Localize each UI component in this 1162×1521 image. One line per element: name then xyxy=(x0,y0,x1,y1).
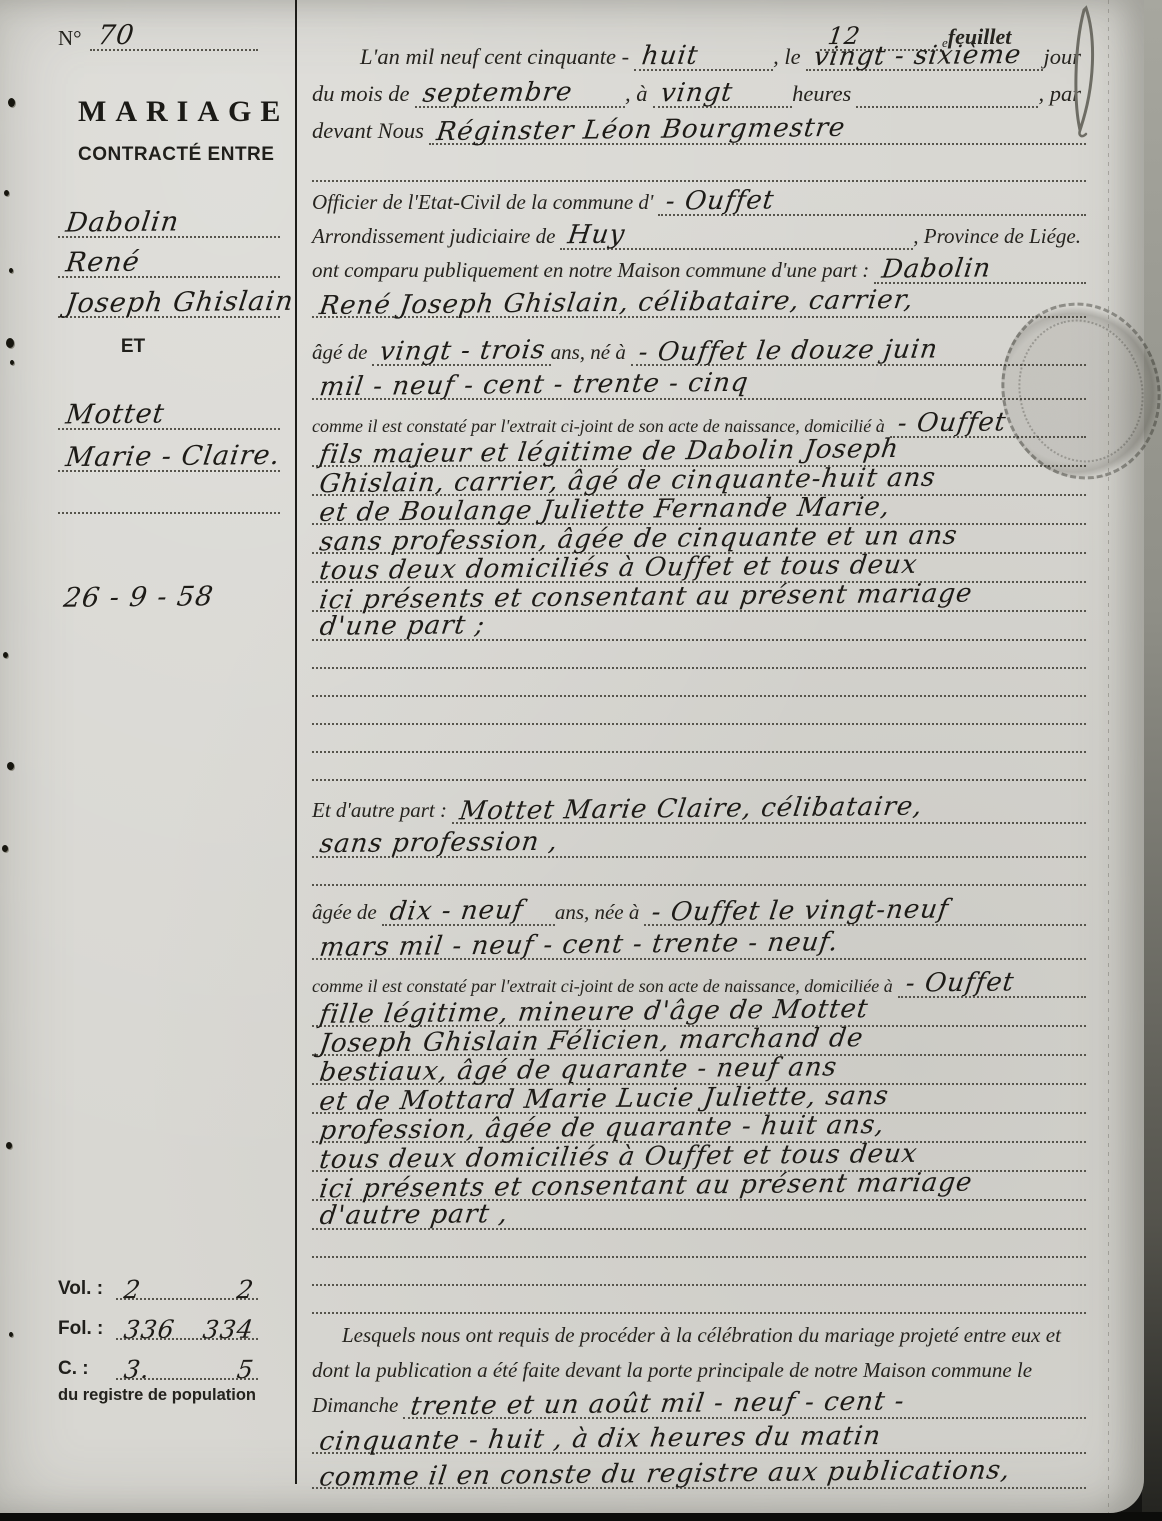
dotted-fill xyxy=(312,1256,1086,1258)
dotted-fill: Dabolin xyxy=(874,260,1086,284)
act-line-bride-parents: d'autre part , xyxy=(312,1201,1086,1230)
act-line-empty xyxy=(312,669,1086,697)
act-line-empty xyxy=(312,697,1086,725)
act-line-bride-parents: Joseph Ghislain Félicien, marchand de xyxy=(312,1027,1086,1056)
handwritten-text: - Ouffet xyxy=(665,191,776,210)
dotted-fill: fille légitime, mineure d'âge de Mottet xyxy=(312,1003,1086,1027)
dotted-fill: Mottet xyxy=(58,407,280,430)
conjunction-et: ET xyxy=(58,336,208,358)
binding-speck xyxy=(4,190,9,196)
act-line-requisition: Lesquels nous ont requis de procéder à l… xyxy=(312,1314,1086,1349)
printed-text: Dimanche xyxy=(312,1393,403,1419)
dotted-fill: sans profession, âgée de cinquante et un… xyxy=(312,530,1086,554)
binding-speck xyxy=(6,338,14,348)
folio-row: Fol. : 336 334 xyxy=(58,1302,258,1340)
act-line-groom-names: René Joseph Ghislain, célibataire, carri… xyxy=(312,284,1086,318)
dotted-fill: profession, âgée de quarante - huit ans, xyxy=(312,1119,1086,1143)
groom-middle-names: Joseph Ghislain xyxy=(65,294,295,312)
volume-value-1: 2 xyxy=(123,1282,142,1298)
dotted-fill: comme il en conste du registre aux publi… xyxy=(312,1465,1086,1489)
folio-value-2: 334 xyxy=(202,1322,255,1339)
dotted-fill: Marie - Claire. xyxy=(58,449,280,472)
act-line-bride-domicile: comme il est constaté par l'extrait ci-j… xyxy=(312,966,1086,998)
act-subtitle: CONTRACTÉ ENTRE xyxy=(78,144,300,166)
act-line-bride-age: âgée de dix - neuf ans, née à - Ouffet l… xyxy=(312,892,1086,926)
printed-text: Arrondissement judiciaire de xyxy=(312,224,560,250)
groom-firstname: René xyxy=(65,255,141,272)
bride-name-line: Mottet xyxy=(58,390,280,430)
handwritten-text: fille légitime, mineure d'âge de Mottet xyxy=(318,1000,869,1024)
dotted-fill: Joseph Ghislain Félicien, marchand de xyxy=(312,1032,1086,1056)
dotted-fill: vingt - trois xyxy=(372,342,550,366)
printed-text: âgée de xyxy=(312,900,382,926)
margin-column: N° 70 MARIAGE CONTRACTÉ ENTRE Dabolin Re… xyxy=(58,0,280,1500)
dotted-fill xyxy=(312,884,1086,886)
handwritten-text: René Joseph Ghislain, célibataire, carri… xyxy=(318,291,914,315)
dotted-fill: septembre xyxy=(415,84,626,108)
binding-speck xyxy=(9,268,13,273)
handwritten-text: ici présents et consentant au présent ma… xyxy=(318,585,973,610)
dotted-fill: vingt xyxy=(653,84,793,108)
binding-speck xyxy=(7,762,14,770)
bride-firstnames: Marie - Claire. xyxy=(65,448,281,466)
scan-edge-right xyxy=(1142,0,1162,1521)
dotted-fill xyxy=(312,751,1086,753)
handwritten-text: Réginster Léon Bourgmestre xyxy=(435,119,846,141)
act-line-officer-name: devant Nous Réginster Léon Bourgmestre xyxy=(312,108,1086,145)
dotted-fill: Mottet Marie Claire, célibataire, xyxy=(452,800,1086,824)
act-line-publication-date: Dimanche trente et un août mil - neuf - … xyxy=(312,1384,1086,1419)
handwritten-text: et de Boulange Juliette Fernande Marie, xyxy=(318,498,891,522)
act-body: L'an mil neuf cent cinquante - huit , le… xyxy=(312,34,1086,1489)
dotted-fill: Huy xyxy=(560,226,913,250)
binding-speck xyxy=(9,1332,13,1337)
act-line-commune: Officier de l'Etat-Civil de la commune d… xyxy=(312,182,1086,216)
groom-name-line: René xyxy=(58,238,280,278)
dotted-fill: Dabolin xyxy=(58,215,280,238)
volume-row: Vol. : 2 2 xyxy=(58,1262,258,1300)
act-line-empty xyxy=(312,725,1086,753)
dotted-fill: trente et un août mil - neuf - cent - xyxy=(403,1395,1086,1419)
printed-text: dont la publication a été faite devant l… xyxy=(312,1358,1037,1384)
act-line-bride-parents: ici présents et consentant au présent ma… xyxy=(312,1172,1086,1201)
paper-sheet: N° 70 MARIAGE CONTRACTÉ ENTRE Dabolin Re… xyxy=(0,0,1144,1513)
binding-speck xyxy=(3,652,8,658)
volume-label: Vol. : xyxy=(58,1278,116,1300)
act-line-year: L'an mil neuf cent cinquante - huit , le… xyxy=(312,34,1086,71)
handwritten-text: vingt xyxy=(659,84,733,103)
dotted-fill: 336 334 xyxy=(116,1322,258,1340)
printed-text: âgé de xyxy=(312,340,372,366)
act-line-groom-parents: d'une part ; xyxy=(312,612,1086,641)
dotted-fill: d'autre part , xyxy=(312,1206,1086,1230)
handwritten-text: tous deux domiciliés à Ouffet et tous de… xyxy=(318,1145,918,1169)
act-line-groom-parents: fils majeur et légitime de Dabolin Josep… xyxy=(312,438,1086,467)
handwritten-text: d'autre part , xyxy=(319,1205,510,1225)
handwritten-text: d'une part ; xyxy=(319,616,487,636)
dotted-fill xyxy=(312,779,1086,781)
register-note: du registre de population xyxy=(58,1386,280,1405)
dotted-fill: Réginster Léon Bourgmestre xyxy=(429,121,1086,145)
act-number-label: N° xyxy=(58,26,90,51)
handwritten-text: vingt - sixième xyxy=(812,46,1022,66)
printed-text: ont comparu publiquement en notre Maison… xyxy=(312,258,874,284)
printed-text: Et d'autre part : xyxy=(312,798,452,824)
dotted-fill: 2 2 xyxy=(116,1282,258,1300)
dotted-fill: et de Mottard Marie Lucie Juliette, sans xyxy=(312,1090,1086,1114)
handwritten-text: - Ouffet xyxy=(904,973,1015,992)
dotted-fill: vingt - sixième xyxy=(806,47,1044,71)
c-row: C. : 3. 5 xyxy=(58,1342,258,1380)
pen-stroke-mark xyxy=(1062,4,1106,140)
handwritten-text: fils majeur et légitime de Dabolin Josep… xyxy=(318,440,900,464)
volume-value-2: 2 xyxy=(236,1282,255,1298)
handwritten-text: - Ouffet xyxy=(896,413,1007,432)
printed-text: ans, né à xyxy=(551,340,631,366)
act-line-bride-profession: sans profession , xyxy=(312,824,1086,858)
groom-name-line: Dabolin xyxy=(58,198,280,238)
dotted-fill: ici présents et consentant au présent ma… xyxy=(312,588,1086,612)
act-line-groom-age: âgé de vingt - trois ans, né à - Ouffet … xyxy=(312,332,1086,366)
printed-text: Officier de l'Etat-Civil de la commune d… xyxy=(312,190,658,216)
act-line-registre-publications: comme il en conste du registre aux publi… xyxy=(312,1454,1086,1489)
handwritten-text: dix - neuf xyxy=(388,901,524,920)
dotted-fill: sans profession , xyxy=(312,834,1086,858)
dotted-fill xyxy=(58,512,280,514)
dotted-fill: bestiaux, âgé de quarante - neuf ans xyxy=(312,1061,1086,1085)
dotted-fill: - Ouffet xyxy=(658,192,1086,216)
handwritten-text: Huy xyxy=(567,226,627,245)
handwritten-text: profession, âgée de quarante - huit ans, xyxy=(318,1116,885,1140)
dotted-fill xyxy=(312,180,1086,182)
printed-text: , le xyxy=(773,44,806,71)
act-line-bride-parents: bestiaux, âgé de quarante - neuf ans xyxy=(312,1056,1086,1085)
c-label: C. : xyxy=(58,1358,116,1380)
dotted-fill: ici présents et consentant au présent ma… xyxy=(312,1177,1086,1201)
handwritten-text: tous deux domiciliés à Ouffet et tous de… xyxy=(318,556,918,580)
handwritten-text: cinquante - huit , à dix heures du matin xyxy=(318,1427,882,1451)
dotted-fill: d'une part ; xyxy=(312,617,1086,641)
scan-edge-bottom xyxy=(0,1512,1162,1521)
printed-text: heures xyxy=(792,81,856,108)
handwritten-text: Dabolin xyxy=(881,259,993,278)
folio-value-1: 336 xyxy=(123,1322,176,1339)
dotted-fill: et de Boulange Juliette Fernande Marie, xyxy=(312,501,1086,525)
dotted-fill xyxy=(312,1284,1086,1286)
handwritten-text: trente et un août mil - neuf - cent - xyxy=(410,1392,906,1415)
act-line-bride-parents: fille légitime, mineure d'âge de Mottet xyxy=(312,998,1086,1027)
act-line-empty xyxy=(312,1286,1086,1314)
act-line-groom-parents: ici présents et consentant au présent ma… xyxy=(312,583,1086,612)
printed-text: du mois de xyxy=(312,81,415,108)
act-line-groom-birthyear: mil - neuf - cent - trente - cinq xyxy=(312,366,1086,400)
act-line-bride-birthyear: mars mil - neuf - cent - trente - neuf. xyxy=(312,926,1086,960)
empty-margin-line xyxy=(58,474,280,514)
dotted-fill: René Joseph Ghislain, célibataire, carri… xyxy=(312,294,1086,318)
handwritten-text: et de Mottard Marie Lucie Juliette, sans xyxy=(318,1087,890,1111)
ink-stamp-inner-ring xyxy=(1003,306,1158,476)
marriage-date-value: 26 - 9 - 58 xyxy=(62,581,216,614)
marriage-date-note: 26 - 9 - 58 xyxy=(64,582,286,613)
binding-speck xyxy=(2,845,8,852)
printed-text: Lesquels nous ont requis de procéder à l… xyxy=(312,1323,1066,1349)
printed-text: , à xyxy=(625,81,653,108)
c-value-2: 5 xyxy=(236,1362,255,1378)
dotted-fill: Ghislain, carrier, âgé de cinquante-huit… xyxy=(312,472,1086,496)
act-line-groom-domicile: comme il est constaté par l'extrait ci-j… xyxy=(312,406,1086,438)
groom-surname: Dabolin xyxy=(65,214,180,231)
act-line-groom-parents: et de Boulange Juliette Fernande Marie, xyxy=(312,496,1086,525)
act-line-month: du mois de septembre , à vingt heures , … xyxy=(312,71,1086,108)
dotted-fill: cinquante - huit , à dix heures du matin xyxy=(312,1430,1086,1454)
handwritten-text: ici présents et consentant au présent ma… xyxy=(318,1174,973,1199)
printed-text: L'an mil neuf cent cinquante - xyxy=(312,44,634,71)
act-line-publication-date2: cinquante - huit , à dix heures du matin xyxy=(312,1419,1086,1454)
dotted-fill: René xyxy=(58,255,280,278)
handwritten-text: Joseph Ghislain Félicien, marchand de xyxy=(318,1029,864,1053)
folio-label: Fol. : xyxy=(58,1318,116,1340)
dotted-fill: Joseph Ghislain xyxy=(58,295,280,318)
act-line-publication: dont la publication a été faite devant l… xyxy=(312,1349,1086,1384)
handwritten-text: mil - neuf - cent - trente - cinq xyxy=(319,374,750,396)
act-number-row: N° 70 xyxy=(58,26,258,51)
act-line-bride-intro: Et d'autre part : Mottet Marie Claire, c… xyxy=(312,787,1086,824)
handwritten-text: - Ouffet le douze juin xyxy=(637,340,938,361)
handwritten-text: - Ouffet le vingt-neuf xyxy=(651,900,950,921)
bride-surname: Mottet xyxy=(65,406,166,423)
act-line-empty xyxy=(312,753,1086,781)
dotted-fill xyxy=(856,106,1038,108)
act-line-comparution: ont comparu publiquement en notre Maison… xyxy=(312,250,1086,284)
act-line-empty xyxy=(312,641,1086,669)
dotted-fill: mil - neuf - cent - trente - cinq xyxy=(312,376,1086,400)
handwritten-text: vingt - trois xyxy=(379,341,547,361)
handwritten-text: bestiaux, âgé de quarante - neuf ans xyxy=(318,1058,838,1081)
binding-speck xyxy=(6,1142,12,1149)
handwritten-text: sans profession, âgée de cinquante et un… xyxy=(318,527,958,552)
act-line-empty xyxy=(312,145,1086,182)
act-line-arrondissement: Arrondissement judiciaire de Huy , Provi… xyxy=(312,216,1086,250)
dotted-fill: dix - neuf xyxy=(382,902,555,926)
printed-text: ans, née à xyxy=(555,900,645,926)
dotted-fill xyxy=(312,723,1086,725)
handwritten-text: sans profession , xyxy=(319,833,560,853)
dotted-fill xyxy=(312,695,1086,697)
bride-name-line: Marie - Claire. xyxy=(58,432,280,472)
act-line-groom-parents: sans profession, âgée de cinquante et un… xyxy=(312,525,1086,554)
act-line-empty xyxy=(312,1230,1086,1258)
dotted-fill: fils majeur et légitime de Dabolin Josep… xyxy=(312,443,1086,467)
handwritten-text: huit xyxy=(641,47,700,66)
page-crease xyxy=(1108,0,1109,1513)
handwritten-text: septembre xyxy=(421,83,573,103)
dotted-fill: huit xyxy=(634,47,773,71)
handwritten-text: Mottet Marie Claire, célibataire, xyxy=(458,798,923,821)
act-line-empty xyxy=(312,858,1086,886)
act-line-groom-parents: Ghislain, carrier, âgé de cinquante-huit… xyxy=(312,467,1086,496)
printed-text: devant Nous xyxy=(312,118,429,145)
act-number-value: 70 xyxy=(96,27,135,45)
act-line-bride-parents: profession, âgée de quarante - huit ans, xyxy=(312,1114,1086,1143)
groom-name-line: Joseph Ghislain xyxy=(58,278,280,318)
dotted-fill: 70 xyxy=(90,27,258,51)
dotted-fill: - Ouffet xyxy=(898,974,1086,998)
act-line-empty xyxy=(312,1258,1086,1286)
binding-speck xyxy=(8,98,15,107)
handwritten-text: Ghislain, carrier, âgé de cinquante-huit… xyxy=(318,469,937,493)
dotted-fill xyxy=(312,667,1086,669)
dotted-fill xyxy=(312,1312,1086,1314)
act-line-bride-parents: et de Mottard Marie Lucie Juliette, sans xyxy=(312,1085,1086,1114)
printed-text: , Province de Liége. xyxy=(913,224,1086,250)
act-title: MARIAGE xyxy=(78,95,300,129)
handwritten-text: comme il en conste du registre aux publi… xyxy=(318,1461,1011,1486)
dotted-fill: - Ouffet le vingt-neuf xyxy=(644,902,1086,926)
column-divider-rule xyxy=(295,0,297,1484)
dotted-fill: mars mil - neuf - cent - trente - neuf. xyxy=(312,936,1086,960)
handwritten-text: mars mil - neuf - cent - trente - neuf. xyxy=(318,933,839,956)
c-value-1: 3. xyxy=(123,1362,151,1378)
binding-speck xyxy=(10,360,14,365)
dotted-fill: 3. 5 xyxy=(116,1362,258,1380)
